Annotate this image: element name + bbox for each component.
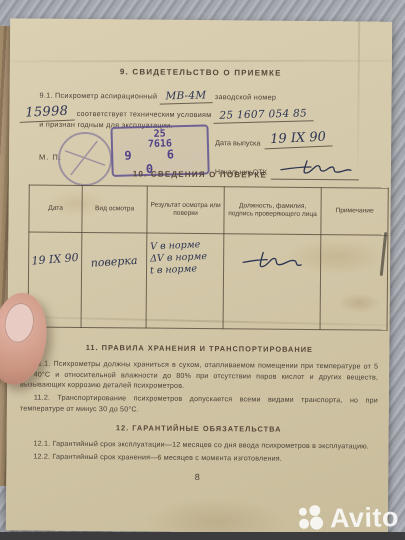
inspector-signature-icon <box>237 248 307 273</box>
page-number: 8 <box>6 470 388 483</box>
table-row: 19 IX 90 поверка V в норме ΔV в норме t … <box>28 232 388 330</box>
avito-logo-icon <box>297 504 325 532</box>
section11-title: 11. ПРАВИЛА ХРАНЕНИЯ И ТРАНСПОРТИРОВАНИЕ <box>20 342 378 354</box>
release-date-line: Дата выпуска 19 IX 90 <box>215 130 359 148</box>
acceptance-line1-prefix: 9.1. Психрометр аспирационный <box>40 91 158 101</box>
cell-inspection-type: поверка <box>81 232 147 328</box>
cell-result: V в норме ΔV в норме t в норме <box>146 233 224 329</box>
table-header-row: Дата Вид осмотра Результат осмотра или п… <box>29 185 388 235</box>
storage-rule-1: 11.1. Психрометры должны храниться в сух… <box>20 358 378 393</box>
section12-title: 12. ГАРАНТИЙНЫЕ ОБЯЗАТЕЛЬСТВА <box>20 423 378 435</box>
avito-watermark: Avito <box>297 503 399 533</box>
header-official: Должность, фамилия, подпись проверяющего… <box>224 187 321 235</box>
header-inspection-type: Вид осмотра <box>82 185 147 233</box>
warranty-term-2: 12.2. Гарантийный срок хранения—6 месяце… <box>19 451 377 465</box>
verification-table: Дата Вид осмотра Результат осмотра или п… <box>28 185 389 331</box>
header-note: Примечание <box>321 188 388 236</box>
paper-crease <box>10 60 392 63</box>
thumbnail <box>2 301 38 345</box>
acceptance-line1-suffix: заводской номер <box>215 92 276 102</box>
header-date: Дата <box>29 185 82 232</box>
verification-type-handwritten: поверка <box>83 253 146 271</box>
verification-date-handwritten: 19 IX 90 <box>30 251 81 269</box>
device-model-handwritten: МВ-4М <box>159 89 212 104</box>
document-page: 9. СВИДЕТЕЛЬСТВО О ПРИЕМКЕ 9.1. Психроме… <box>6 18 392 533</box>
release-date-label: Дата выпуска <box>215 138 264 147</box>
release-date-handwritten: 19 IX 90 <box>264 129 332 149</box>
header-result: Результат осмотра или поверки <box>147 186 224 234</box>
storage-rule-2: 11.2. Транспортирование психрометров доп… <box>20 392 378 416</box>
section9-title: 9. СВИДЕТЕЛЬСТВО О ПРИЕМКЕ <box>10 66 392 78</box>
warranty-term-1: 12.1. Гарантийный срок эксплуатации—12 м… <box>19 439 377 453</box>
lower-sections: 11. ПРАВИЛА ХРАНЕНИЯ И ТРАНСПОРТИРОВАНИЕ… <box>19 342 378 467</box>
acceptance-line1: 9.1. Психрометр аспирационный МВ-4М заво… <box>40 89 277 105</box>
avito-watermark-text: Avito <box>330 504 399 532</box>
cell-official <box>223 234 321 330</box>
result-line-3: t в норме <box>150 262 222 277</box>
tu-number-handwritten: 25 1607 054 85 <box>214 107 314 124</box>
cell-note <box>320 235 388 331</box>
background-floor-edge <box>0 532 405 540</box>
acceptance-line2-text: соответствует техническим условиям <box>77 109 212 119</box>
